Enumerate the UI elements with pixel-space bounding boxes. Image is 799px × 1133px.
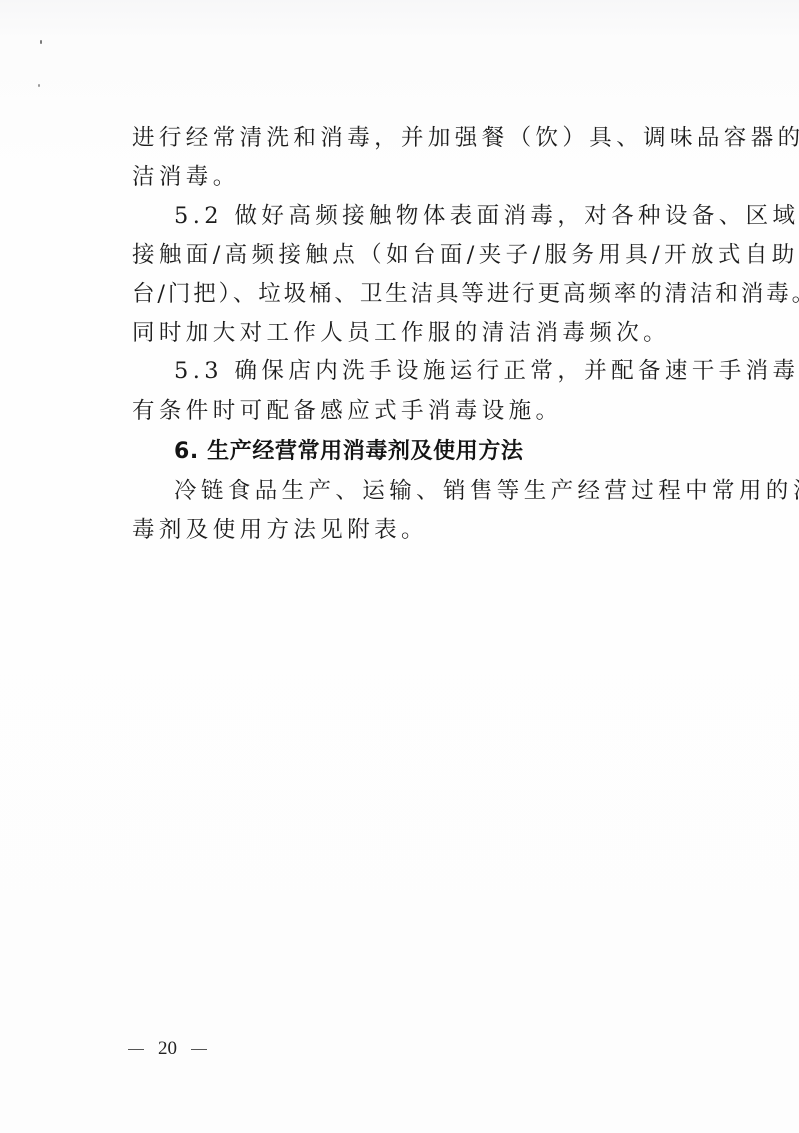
document-page: 进行经常清洗和消毒，并加强餐（饮）具、调味品容器的清 洁消毒。 5.2 做好高频… xyxy=(0,0,799,1133)
dash-right xyxy=(191,1049,207,1050)
paragraph-line: 5.2 做好高频接触物体表面消毒，对各种设备、区域、 xyxy=(174,201,677,231)
scan-speck xyxy=(40,40,42,44)
paragraph-line: 5.3 确保店内洗手设施运行正常，并配备速干手消毒剂； xyxy=(174,356,677,386)
paragraph-line: 洁消毒。 xyxy=(132,162,677,192)
paragraph-line: 台/门把）、垃圾桶、卫生洁具等进行更高频率的清洁和消毒。 xyxy=(132,279,677,309)
paragraph-line: 接触面/高频接触点（如台面/夹子/服务用具/开放式自助展示 xyxy=(132,240,677,270)
paragraph-line: 同时加大对工作人员工作服的清洁消毒频次。 xyxy=(132,318,677,348)
page-number-footer: 20 xyxy=(128,1038,207,1060)
paragraph-line: 有条件时可配备感应式手消毒设施。 xyxy=(132,396,677,426)
section-heading: 6. 生产经营常用消毒剂及使用方法 xyxy=(174,437,524,467)
paragraph-line: 冷链食品生产、运输、销售等生产经营过程中常用的消 xyxy=(174,476,677,506)
scan-speck xyxy=(38,84,40,87)
paragraph-line: 毒剂及使用方法见附表。 xyxy=(132,515,677,545)
dash-left xyxy=(128,1049,144,1050)
page-number: 20 xyxy=(158,1038,177,1060)
paragraph-line: 进行经常清洗和消毒，并加强餐（饮）具、调味品容器的清 xyxy=(132,123,677,153)
